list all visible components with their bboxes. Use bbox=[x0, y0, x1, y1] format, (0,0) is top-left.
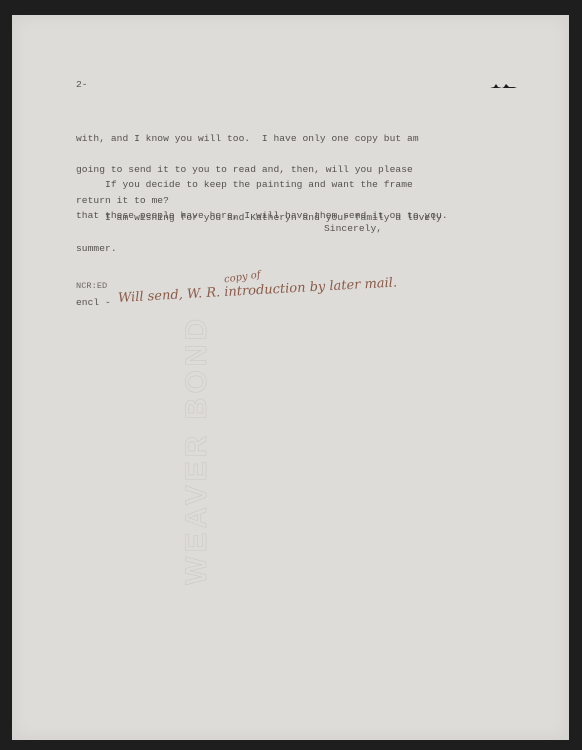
letter-page: WEAVER BOND 2- with, and I know you will… bbox=[12, 15, 569, 740]
enclosure-label: encl - bbox=[76, 298, 111, 308]
reference-initials: NCR:ED bbox=[76, 281, 107, 291]
ink-blot-mark bbox=[490, 83, 518, 89]
closing-salutation: Sincerely, bbox=[324, 224, 382, 234]
page-number: 2- bbox=[76, 80, 88, 90]
paragraph-line: I am wishing for you and Katheryn and yo… bbox=[76, 213, 442, 223]
paragraph-line: with, and I know you will too. I have on… bbox=[76, 134, 419, 144]
paper-watermark: WEAVER BOND bbox=[180, 285, 210, 585]
paragraph-line: If you decide to keep the painting and w… bbox=[76, 180, 448, 190]
paragraph-3: I am wishing for you and Katheryn and yo… bbox=[76, 192, 442, 275]
paragraph-line: summer. bbox=[76, 244, 442, 254]
